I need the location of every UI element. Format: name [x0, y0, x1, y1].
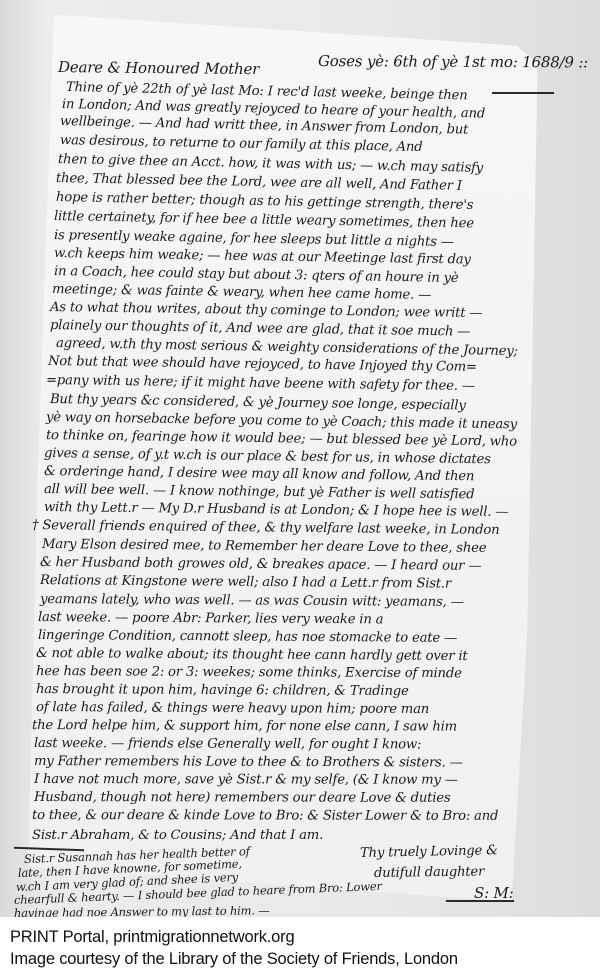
- letter-line: little certainety, for if hee bee a litt…: [54, 209, 474, 231]
- letter-line: Mary Elson desired mee, to Remember her …: [42, 537, 486, 556]
- manuscript-photograph: Deare & Honoured Mother Goses yè: 6th of…: [0, 0, 600, 917]
- letter-line: & not able to walke about; its thought h…: [36, 646, 468, 664]
- letter-line: & her Husband both growes old, & breakes…: [40, 555, 481, 574]
- letter-salutation: Deare & Honoured Mother: [58, 58, 259, 78]
- letter-line: Relations at Kingstone were well; also I…: [40, 573, 451, 592]
- letter-line: last weeke. — friends else Generally wel…: [34, 736, 421, 752]
- letter-line: with thy Lett.r — My D.r Husband is at L…: [44, 500, 508, 520]
- letter-line: of late has failed, & things were heavy …: [36, 700, 429, 717]
- image-credit-caption: PRINT Portal, printmigrationnetwork.org …: [10, 926, 458, 970]
- letter-line: my Father remembers his Love to thee & t…: [34, 754, 463, 770]
- letter-line: has brought it upon him, havinge 6: chil…: [36, 682, 409, 699]
- closing-line: Thy truely Lovinge &: [360, 843, 498, 861]
- manuscript-letter: Deare & Honoured Mother Goses yè: 6th of…: [0, 0, 600, 917]
- closing-line: dutifull daughter: [374, 864, 484, 881]
- caption-courtesy: Image courtesy of the Library of the Soc…: [10, 948, 458, 970]
- letter-line: was desirous, to returne to our family a…: [60, 133, 423, 155]
- letter-line: lingeringe Condition, cannott sleep, has…: [38, 628, 457, 646]
- letter-line: yeamans lately, who was well. — as was C…: [40, 592, 464, 610]
- letter-line: As to what thou writes, about thy coming…: [50, 300, 483, 321]
- letter-line: I have not much more, save yè Sist.r & m…: [34, 772, 458, 788]
- letter-line: & orderinge hand, I desire wee may all k…: [44, 464, 474, 484]
- letter-line: all will bee well. — I know nothinge, bu…: [44, 482, 475, 502]
- dateline-underline: [492, 92, 554, 94]
- letter-line: meetinge; & was fainte & weary, when hee…: [52, 282, 431, 303]
- signature-underline: [446, 900, 514, 902]
- letter-line: Sist.r Abraham, & to Cousins; And that I…: [32, 828, 323, 843]
- letter-line: † Severall friends enquired of thee, & t…: [32, 518, 500, 538]
- postscript-line: havinge had noe Answer to my last to him…: [14, 903, 270, 917]
- letter-line: Husband, though not here) remembers our …: [34, 790, 451, 806]
- letter-line: the Lord helpe him, & support him, for n…: [32, 718, 457, 734]
- letter-line: hee has been soe 2: or 3: weekes; some t…: [36, 664, 462, 681]
- letter-dateline: Goses yè: 6th of yè 1st mo: 1688/9 ::: [318, 52, 588, 71]
- letter-line: =pany with us here; if it might have bee…: [46, 373, 475, 394]
- caption-source: PRINT Portal, printmigrationnetwork.org: [10, 926, 458, 948]
- letter-line: to thee, & our deare & kinde Love to Bro…: [32, 808, 498, 824]
- letter-line: last weeke. — poore Abr: Parker, lies ve…: [38, 610, 383, 627]
